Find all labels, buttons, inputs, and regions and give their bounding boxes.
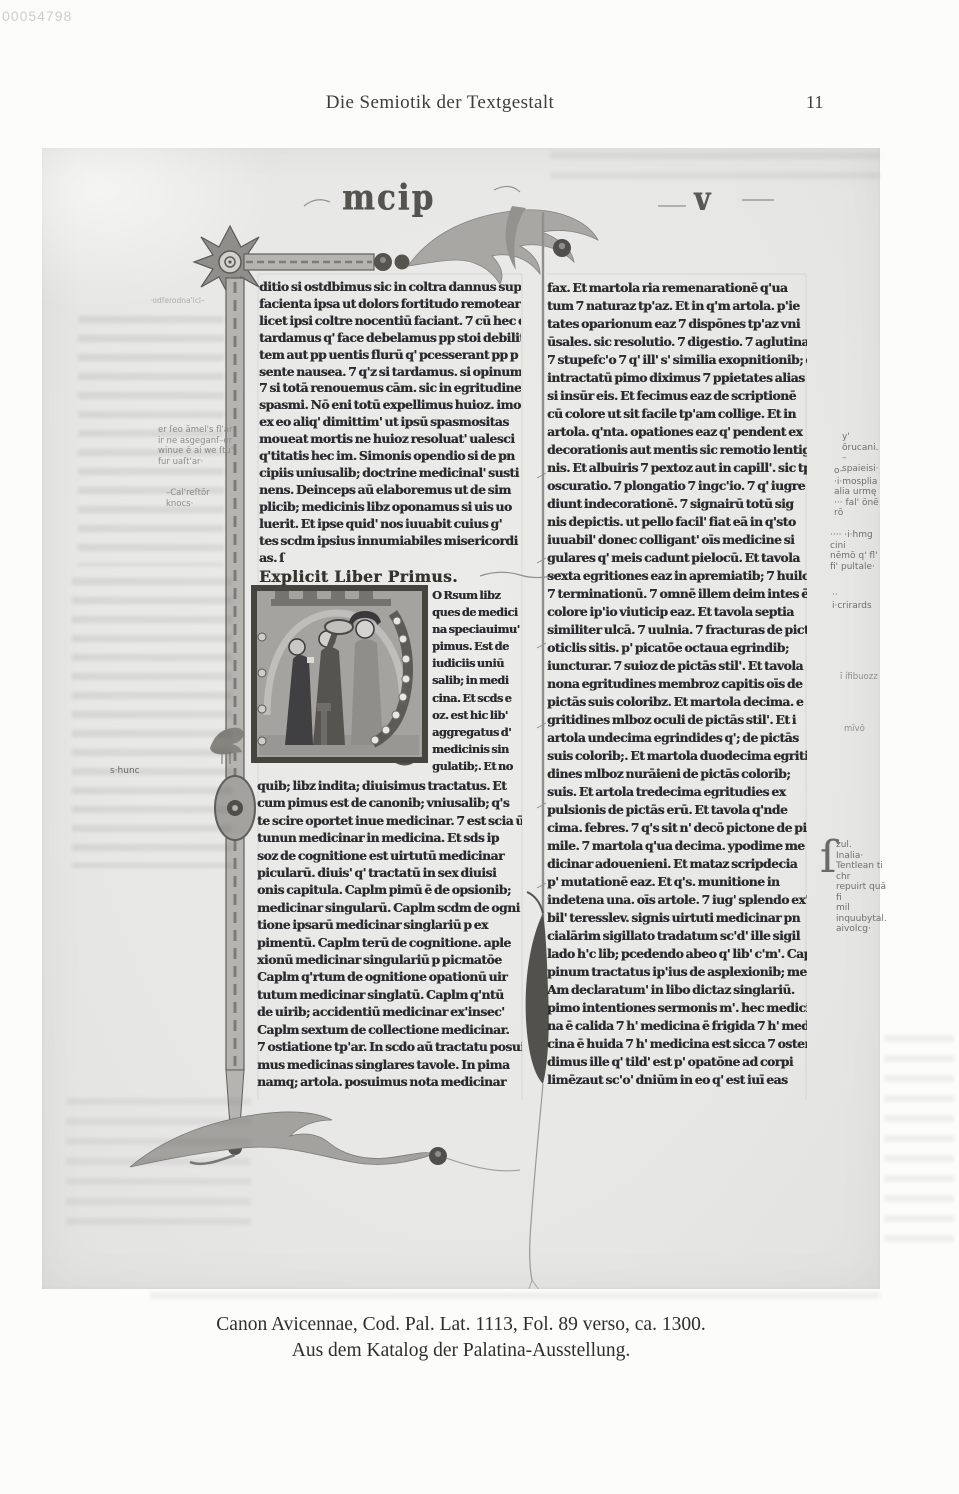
bleed-through-text (78, 316, 224, 566)
top-bar (244, 253, 410, 271)
gloss-bracket-mark: ſ (820, 836, 836, 880)
running-head-title: Die Semiotik der Textgestalt (0, 92, 880, 114)
battlement (271, 591, 391, 606)
caption-line-2: Aus dem Katalog der Palatina-Ausstellung… (42, 1338, 880, 1364)
marginal-gloss-left-bleed: ·odſerodna'lcl– (150, 296, 205, 307)
bleed-through-text (550, 152, 880, 188)
bleed-through-text (66, 1098, 251, 1228)
text-column-a-beside-miniature: O Rsum libzques de medicina speciauimu'p… (432, 587, 524, 775)
bleed-through-text (150, 1292, 880, 1312)
marginal-gloss-right-7: zul.Inalia·Tentlean ti chrrepuirt quā fi… (836, 840, 887, 935)
marginal-gloss-right-3: ···· ·i·hmg cininēmō q' fl'fi' pultale· (830, 530, 880, 572)
vessel (325, 620, 353, 634)
bleed-through-text (72, 578, 232, 868)
book-page-scan: 00054798 Die Semiotik der Textgestalt 11 (0, 0, 959, 1494)
bleed-through-text (884, 1035, 954, 1250)
foliate-flourish-top (408, 206, 598, 284)
marginal-gloss-right-6: mīvō (844, 724, 865, 735)
figure-caption: Canon Avicennae, Cod. Pal. Lat. 1113, Fo… (42, 1312, 880, 1364)
manuscript-photo: mcip v ditio si ostdbimus sic in coltra … (42, 148, 880, 1289)
scan-id-number: 00054798 (2, 8, 72, 24)
miniature-initial (251, 585, 428, 763)
text-column-a-lower: quib; libz indita; diuisimus tractatus. … (257, 777, 522, 1090)
text-column-a-upper: ditio si ostdbimus sic in coltra dannus … (259, 279, 521, 566)
explicit-rubric: Explicit Liber Primus. (259, 567, 521, 586)
text-column-b: fax. Et martola ria remenarationē q'uatu… (547, 279, 807, 1089)
page-number: 11 (806, 92, 823, 113)
manuscript-running-title: mcip (342, 177, 435, 218)
gutter-leaf-ornament (526, 913, 549, 1084)
marginal-gloss-right-4: ·· i·crirards (832, 590, 880, 611)
marginal-gloss-right-2: o–·i·mospliaalia urmę··· fal' ōnē rō (834, 466, 880, 519)
pen-tail (530, 1084, 543, 1280)
caption-line-1: Canon Avicennae, Cod. Pal. Lat. 1113, Fo… (42, 1312, 880, 1338)
marginal-gloss-right-5: ī ífibuozz (840, 672, 878, 683)
